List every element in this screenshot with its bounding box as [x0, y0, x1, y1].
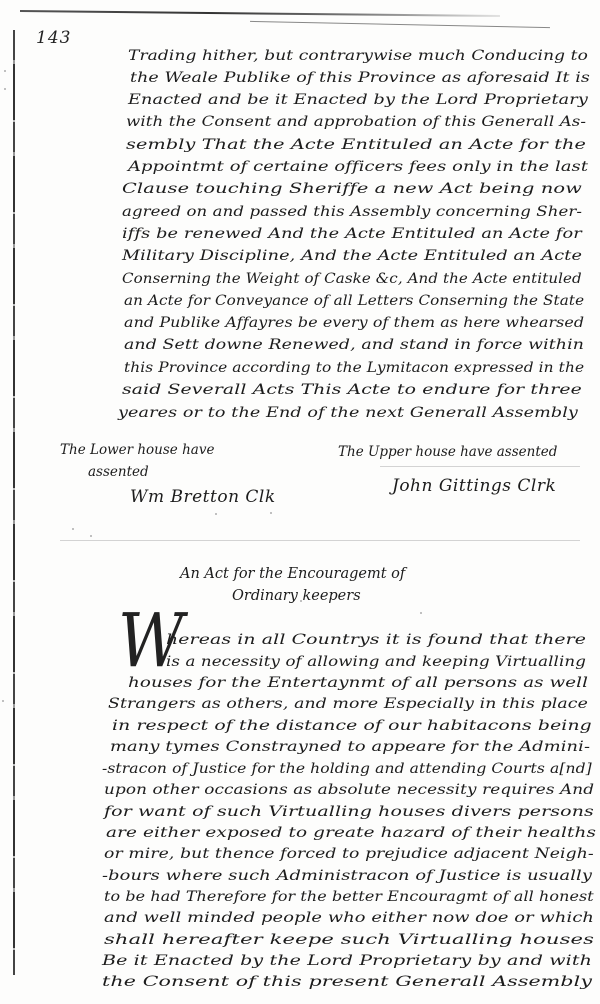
text-line: Appointmt of certaine officers fees only…	[128, 159, 588, 175]
text-line: houses for the Entertaynmt of all person…	[128, 675, 588, 691]
text-line: shall hereafter keepe such Virtualling h…	[104, 932, 594, 948]
paper-fold-mark	[60, 540, 580, 541]
upper-house-clerk-signature: John Gittings Clrk	[392, 476, 556, 496]
text-line: for want of such Virtualling houses dive…	[104, 804, 594, 820]
text-line: Military Discipline, And the Acte Entitu…	[122, 248, 582, 264]
paper-speck	[540, 120, 542, 122]
text-line: Strangers as others, and more Especially…	[108, 696, 588, 712]
text-line: to be had Therefore for the better Encou…	[104, 889, 594, 905]
paper-speck	[4, 88, 6, 90]
text-line: many tymes Constrayned to appeare for th…	[110, 739, 590, 755]
paper-fold-mark	[380, 466, 580, 467]
folio-number: 143	[36, 28, 71, 48]
text-line: -bours where such Administracon of Justi…	[102, 868, 592, 884]
text-line: are either exposed to greate hazard of t…	[106, 825, 596, 841]
upper-house-assent-line: The Upper house have assented	[338, 444, 557, 460]
text-line: Conserning the Weight of Caske &c, And t…	[122, 271, 582, 287]
lower-house-assent-line1: The Lower house have	[60, 442, 214, 458]
paper-speck	[300, 600, 302, 602]
text-line: upon other occasions as absolute necessi…	[104, 782, 594, 798]
text-line: Enacted and be it Enacted by the Lord Pr…	[128, 92, 588, 108]
paper-speck	[90, 535, 92, 537]
paper-speck	[270, 512, 272, 514]
text-line: in respect of the distance of our habita…	[112, 718, 592, 734]
lower-house-assent-line2: assented	[88, 464, 149, 480]
page-top-edge-rule	[20, 10, 500, 17]
text-line: this Province according to the Lymitacon…	[124, 360, 584, 376]
paper-speck	[420, 612, 422, 614]
text-line: iffs be renewed And the Acte Entituled a…	[122, 226, 582, 242]
lower-house-clerk-signature: Wm Bretton Clk	[130, 487, 276, 507]
paper-speck	[215, 513, 217, 515]
text-line: the Weale Publike of this Province as af…	[130, 70, 590, 86]
paper-speck	[4, 70, 6, 72]
text-line: and Publike Affayres be every of them as…	[124, 315, 584, 331]
text-line: and Sett downe Renewed, and stand in for…	[124, 337, 584, 353]
paper-speck	[2, 700, 4, 702]
manuscript-page: 143 Trading hither, but contrarywise muc…	[0, 0, 600, 1004]
paper-speck	[72, 528, 74, 530]
text-line: is a necessity of allowing and keeping V…	[166, 654, 586, 670]
text-line: yeares or to the End of the next General…	[118, 405, 578, 421]
text-line: the Consent of this present Generall Ass…	[102, 974, 592, 990]
left-margin-rule	[13, 30, 15, 975]
text-line: or mire, but thence forced to prejudice …	[104, 846, 594, 862]
text-line: Be it Enacted by the Lord Proprietary by…	[102, 953, 592, 969]
text-line: with the Consent and approbation of this…	[126, 114, 586, 130]
text-line: hereas in all Countrys it is found that …	[166, 632, 586, 648]
text-line: -stracon of Justice for the holding and …	[102, 761, 592, 777]
act-title-line2: Ordinary keepers	[232, 588, 361, 604]
text-line: agreed on and passed this Assembly conce…	[122, 204, 582, 220]
text-line: an Acte for Conveyance of all Letters Co…	[124, 293, 584, 309]
act-title-line1: An Act for the Encouragemt of	[180, 566, 405, 582]
page-top-edge-rule-secondary	[250, 21, 550, 28]
text-line: Clause touching Sheriffe a new Act being…	[122, 181, 582, 197]
text-line: sembly That the Acte Entituled an Acte f…	[126, 137, 586, 153]
text-line: and well minded people who either now do…	[104, 910, 594, 926]
text-line: said Severall Acts This Acte to endure f…	[122, 382, 582, 398]
text-line: Trading hither, but contrarywise much Co…	[128, 48, 588, 64]
